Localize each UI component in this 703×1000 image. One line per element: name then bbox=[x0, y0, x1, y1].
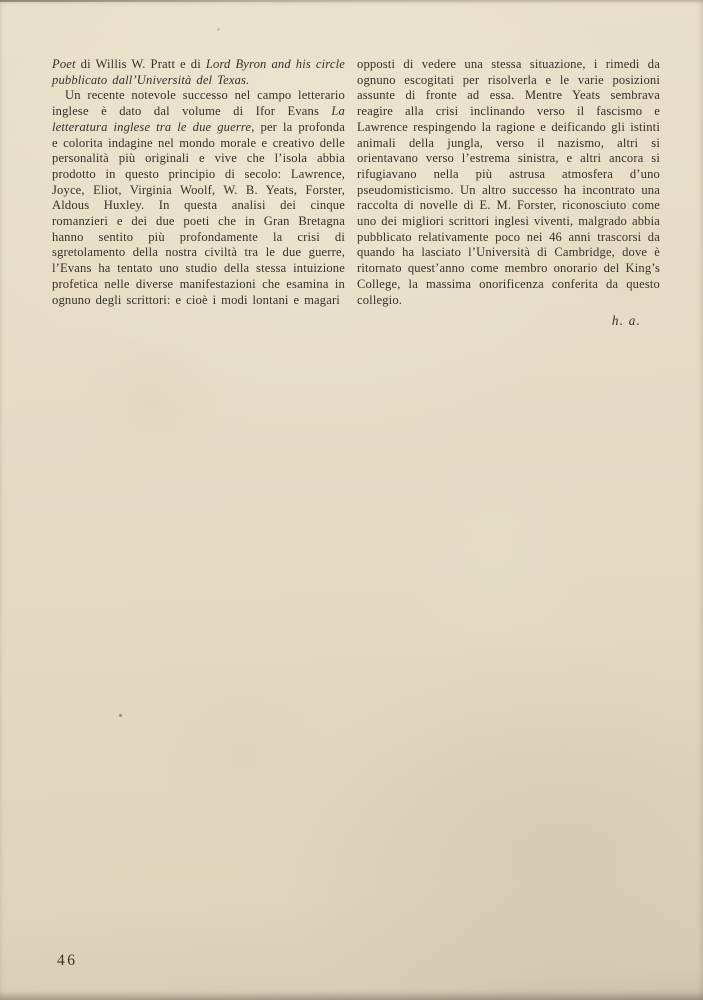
left-column: Poet di Willis W. Pratt e di Lord Byron … bbox=[52, 57, 345, 329]
scan-top-edge-shadow bbox=[0, 0, 703, 2]
page-number: 46 bbox=[57, 952, 78, 970]
scanned-book-page: Poet di Willis W. Pratt e di Lord Byron … bbox=[0, 0, 703, 1000]
publisher-note: pubblicato dall’Università del Texas. bbox=[52, 73, 249, 87]
scan-bottom-edge-shadow bbox=[0, 991, 703, 1000]
paragraph-evans-review: Un recente notevole successo nel campo l… bbox=[52, 88, 345, 308]
paper-speck bbox=[217, 28, 220, 31]
paragraph-continuation: opposti di vedere una stessa situazione,… bbox=[357, 57, 660, 308]
book-title-lord-byron: Lord Byron and his circle bbox=[206, 57, 345, 71]
text-run: di Willis W. Pratt e di bbox=[76, 57, 206, 71]
book-title-poet: Poet bbox=[52, 57, 76, 71]
text-run: Un recente notevole successo nel campo l… bbox=[52, 88, 345, 118]
right-column: opposti di vedere una stessa situazione,… bbox=[357, 57, 660, 329]
text-columns: Poet di Willis W. Pratt e di Lord Byron … bbox=[52, 57, 660, 329]
paper-speck bbox=[119, 714, 122, 717]
paragraph-book-reference: Poet di Willis W. Pratt e di Lord Byron … bbox=[52, 57, 345, 88]
text-run: , per la profonda e colorita indagine ne… bbox=[52, 120, 345, 307]
author-initials: h. a. bbox=[357, 313, 660, 329]
